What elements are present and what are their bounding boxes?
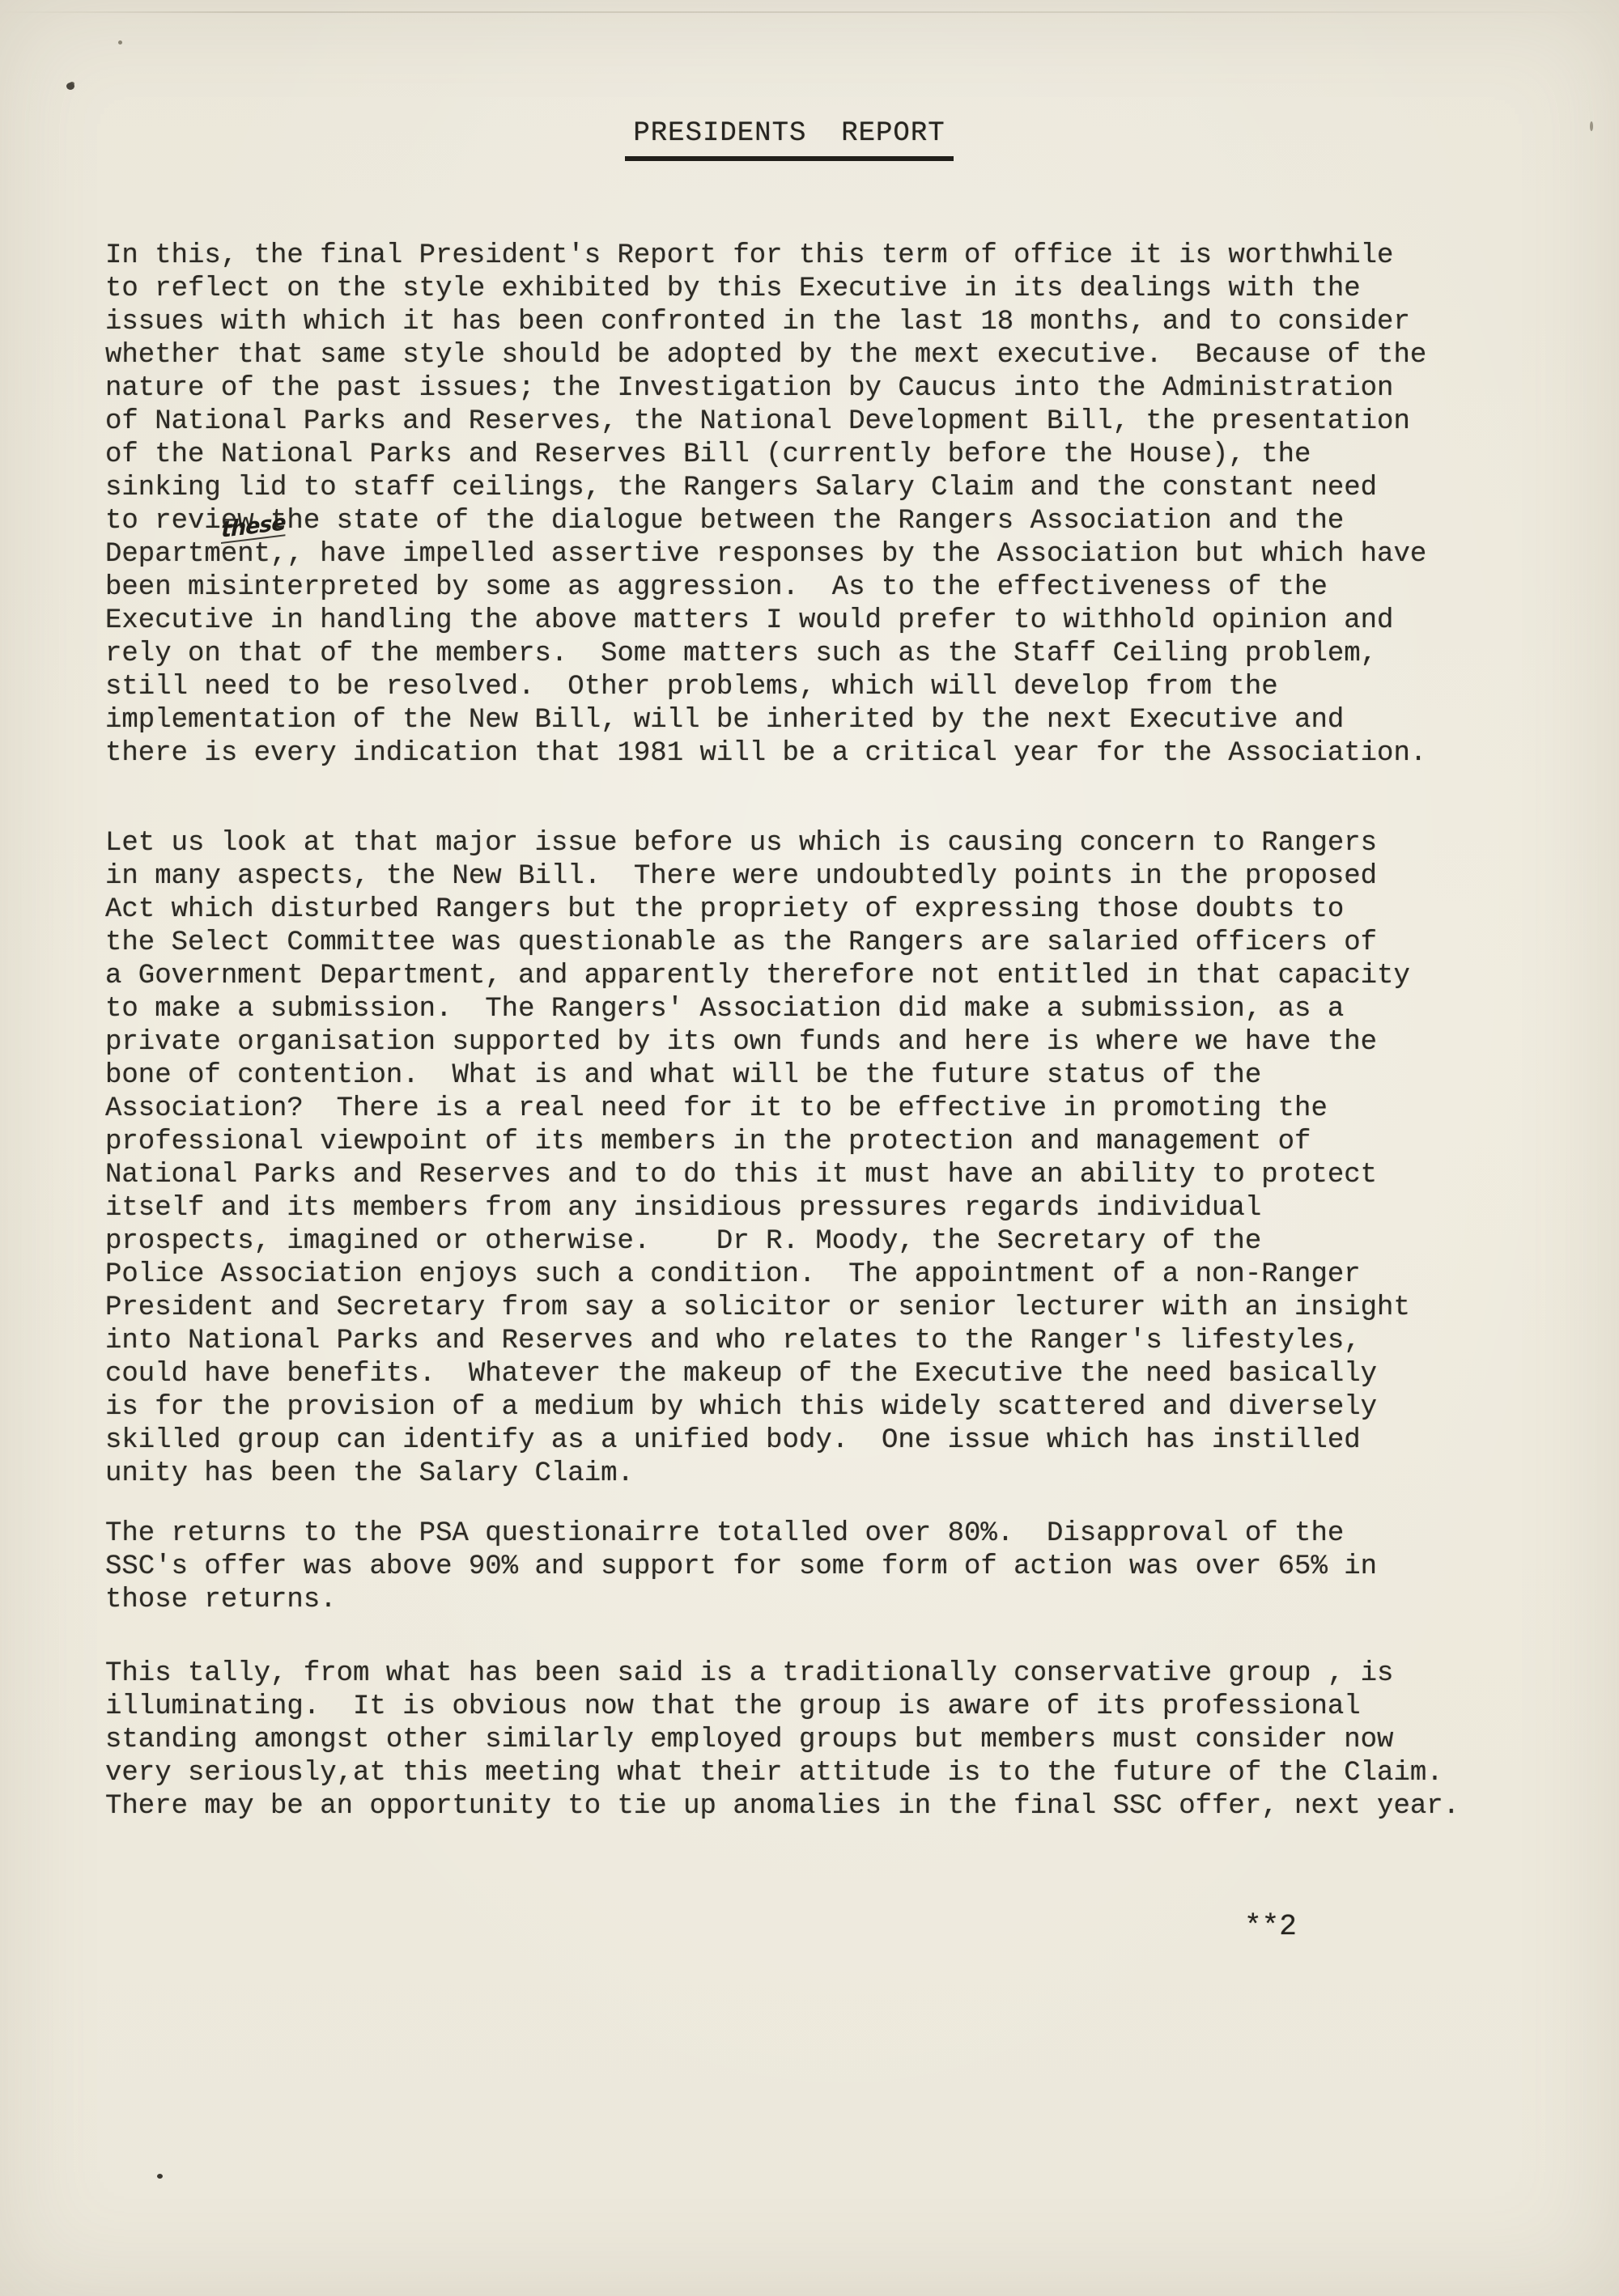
text-line: The returns to the PSA questionairre tot… [105,1517,1530,1551]
ink-speck [118,40,122,45]
text-line: illuminating. It is obvious now that the… [105,1691,1530,1724]
text-line: to make a submission. The Rangers' Assoc… [105,993,1530,1026]
text-line: Department,,these have impelled assertiv… [105,538,1530,571]
page-title: PRESIDENTS REPORT [625,118,953,161]
paper-sheet: PRESIDENTS REPORT In this, the final Pre… [0,0,1619,2296]
text-segment: have impelled assertive responses by the… [304,539,1426,570]
text-line: there is every indication that 1981 will… [105,737,1530,770]
text-line: Police Association enjoys such a conditi… [105,1258,1530,1292]
text-line: National Parks and Reserves and to do th… [105,1159,1530,1192]
text-line: of National Parks and Reserves, the Nati… [105,405,1530,439]
paragraph: Let us look at that major issue before u… [105,827,1530,1491]
text-line: those returns. [105,1584,1530,1617]
text-line: could have benefits. Whatever the makeup… [105,1358,1530,1391]
text-line: There may be an opportunity to tie up an… [105,1790,1530,1823]
text-line: professional viewpoint of its members in… [105,1126,1530,1159]
text-line: still need to be resolved. Other problem… [105,671,1530,704]
page-number: **2 [1244,1910,1297,1943]
text-line: Executive in handling the above matters … [105,605,1530,638]
text-line: of the National Parks and Reserves Bill … [105,439,1530,472]
text-line: whether that same style should be adopte… [105,339,1530,372]
text-line: Let us look at that major issue before u… [105,827,1530,860]
document-body: In this, the final President's Report fo… [105,240,1530,1823]
text-line: implementation of the New Bill, will be … [105,704,1530,737]
text-line: Act which disturbed Rangers but the prop… [105,893,1530,927]
text-line: President and Secretary from say a solic… [105,1292,1530,1325]
text-line: into National Parks and Reserves and who… [105,1325,1530,1358]
text-line: itself and its members from any insidiou… [105,1192,1530,1225]
ink-speck [157,2174,163,2179]
text-line: private organisation supported by its ow… [105,1026,1530,1059]
paragraph: This tally, from what has been said is a… [105,1657,1530,1823]
text-line: prospects, imagined or otherwise. Dr R. … [105,1225,1530,1258]
text-line: issues with which it has been confronted… [105,306,1530,339]
title-block: PRESIDENTS REPORT [0,118,1599,161]
text-line: been misinterpreted by some as aggressio… [105,571,1530,605]
paragraph: In this, the final President's Report fo… [105,240,1530,770]
text-line: This tally, from what has been said is a… [105,1657,1530,1691]
text-line: bone of contention. What is and what wil… [105,1059,1530,1093]
ink-speck [66,83,74,90]
text-line: sinking lid to staff ceilings, the Range… [105,472,1530,505]
text-line: the Select Committee was questionable as… [105,927,1530,960]
text-line: to review the state of the dialogue betw… [105,505,1530,538]
text-line: standing amongst other similarly employe… [105,1724,1530,1757]
text-line: unity has been the Salary Claim. [105,1458,1530,1491]
paragraph: The returns to the PSA questionairre tot… [105,1517,1530,1617]
text-line: Association? There is a real need for it… [105,1093,1530,1126]
text-line: in many aspects, the New Bill. There wer… [105,860,1530,893]
text-line: nature of the past issues; the Investiga… [105,372,1530,405]
text-line: rely on that of the members. Some matter… [105,638,1530,671]
paper-crease [0,11,1619,13]
text-line: to reflect on the style exhibited by thi… [105,273,1530,306]
text-line: a Government Department, and apparently … [105,960,1530,993]
text-line: very seriously,at this meeting what thei… [105,1757,1530,1790]
text-line: is for the provision of a medium by whic… [105,1391,1530,1424]
text-line: skilled group can identify as a unified … [105,1424,1530,1458]
text-line: SSC's offer was above 90% and support fo… [105,1551,1530,1584]
text-segment: Department,, [105,539,304,570]
text-line: In this, the final President's Report fo… [105,240,1530,273]
